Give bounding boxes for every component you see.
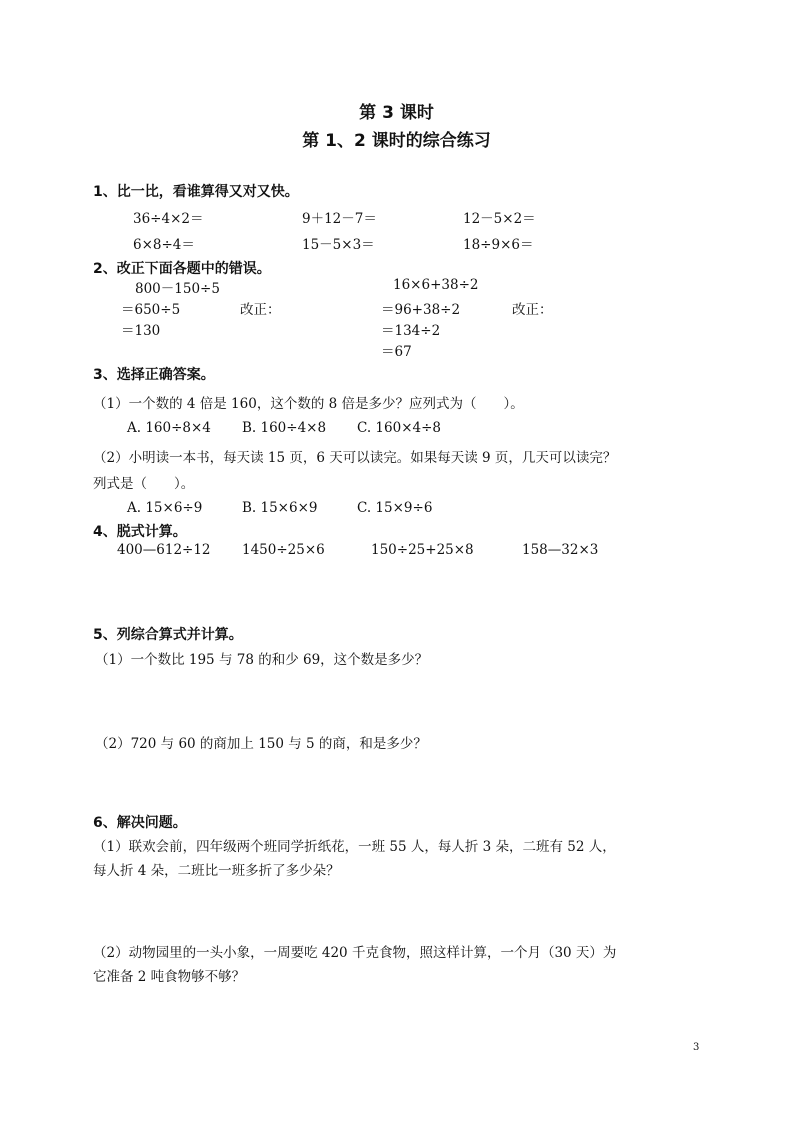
worksheet-page: 第 3 课时 第 1、2 课时的综合练习 1、比一比，看谁算得又对又快。 36÷…: [0, 0, 793, 1122]
q2-left-line: ＝650÷5: [121, 298, 180, 318]
q6-p2-text: （2）动物园里的一头小象，一周要吃 420 千克食物，照这样计算，一个月（30 …: [93, 941, 616, 961]
q6-p2-text: 它准备 2 吨食物够不够？: [93, 965, 245, 985]
q1-item: 12－5×2＝: [463, 207, 536, 227]
q6-p1-text: （1）联欢会前，四年级两个班同学折纸花，一班 55 人，每人折 3 朵，二班有 …: [93, 835, 616, 855]
q2-right-line: ＝67: [381, 340, 412, 360]
q2-right-line: ＝134÷2: [381, 319, 440, 339]
q5-p1: （1）一个数比 195 与 78 的和少 69，这个数是多少？: [95, 648, 428, 668]
q4-item: 158—32×3: [522, 542, 598, 558]
q2-left-line: 800－150÷5: [135, 277, 220, 297]
q4-item: 150÷25+25×8: [371, 542, 474, 558]
q3-p2-option: C. 15×9÷6: [357, 500, 432, 516]
q2-left-fix-label: 改正：: [240, 298, 281, 318]
page-number: 3: [693, 1042, 699, 1053]
q3-p1-option: B. 160÷4×8: [242, 420, 326, 436]
q6-heading: 6、解决问题。: [93, 812, 187, 832]
q1-item: 36÷4×2＝: [133, 207, 203, 227]
page-title: 第 3 课时: [0, 98, 793, 123]
q2-right-fix-label: 改正：: [512, 298, 553, 318]
q1-heading: 1、比一比，看谁算得又对又快。: [93, 181, 299, 201]
q3-p1-text: （1）一个数的 4 倍是 160，这个数的 8 倍是多少？应列式为（ ）。: [93, 392, 524, 412]
q3-p2-text: （2）小明读一本书，每天读 15 页，6 天可以读完。如果每天读 9 页，几天可…: [93, 446, 616, 466]
q1-item: 18÷9×6＝: [463, 233, 533, 253]
q4-item: 1450÷25×6: [242, 542, 325, 558]
q3-p2-text: 列式是（ ）。: [93, 472, 194, 492]
q2-right-line: 16×6+38÷2: [393, 277, 478, 293]
q2-right-line: ＝96+38÷2: [381, 298, 460, 318]
q2-left-line: ＝130: [121, 319, 160, 339]
q4-item: 400—612÷12: [117, 542, 211, 558]
q3-p2-option: A. 15×6÷9: [127, 500, 202, 516]
q1-item: 15－5×3＝: [302, 233, 375, 253]
q1-item: 9＋12－7＝: [302, 207, 377, 227]
q5-heading: 5、列综合算式并计算。: [93, 624, 243, 644]
q3-p2-option: B. 15×6×9: [242, 500, 317, 516]
q3-heading: 3、选择正确答案。: [93, 364, 215, 384]
q6-p1-text: 每人折 4 朵，二班比一班多折了多少朵？: [93, 859, 340, 879]
q3-p1-option: C. 160×4÷8: [357, 420, 441, 436]
q2-heading: 2、改正下面各题中的错误。: [93, 258, 271, 278]
q1-item: 6×8÷4＝: [133, 233, 195, 253]
q5-p2: （2）720 与 60 的商加上 150 与 5 的商，和是多少？: [95, 732, 427, 752]
page-subtitle: 第 1、2 课时的综合练习: [0, 126, 793, 151]
q4-heading: 4、脱式计算。: [93, 521, 187, 541]
q3-p1-option: A. 160÷8×4: [127, 420, 211, 436]
